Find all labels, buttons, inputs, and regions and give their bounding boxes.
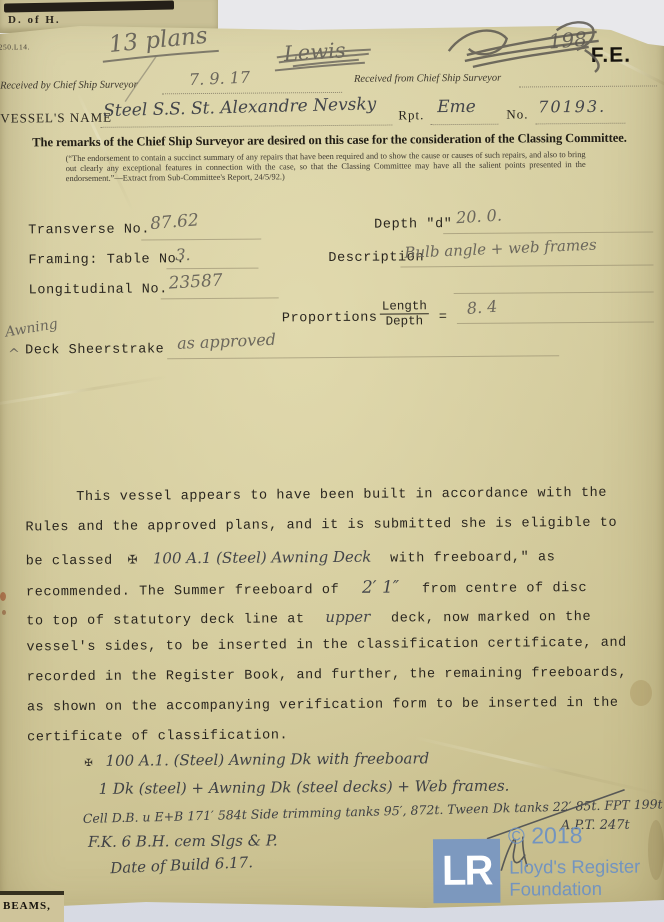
longitudinal-label: Longitudinal No. — [29, 282, 168, 298]
bulkheads-note: F.K. 6 B.H. cem Slgs & P. — [88, 831, 278, 850]
insertion-caret: ^ — [8, 346, 20, 362]
endorsement-fine-print: (“The endorsement to contain a succinct … — [66, 150, 586, 184]
class-note-1: ✠ 100 A.1. (Steel) Awning Dk with freebo… — [84, 749, 429, 770]
page-content: 250.L14. 13 plans Lewis 198 F.E. Receive… — [0, 0, 664, 922]
body-line: certificate of classification. — [27, 728, 288, 745]
crossed-out-name: Lewis — [283, 38, 346, 66]
report-no-label: No. — [506, 106, 528, 122]
fragment-beams-text: BEAMS, — [3, 900, 51, 912]
depth-value: 20. 0. — [456, 205, 503, 227]
body-line: This vessel appears to have been built i… — [76, 486, 607, 505]
lr-logo-letters: LR — [442, 847, 492, 895]
transverse-value: 87.62 — [149, 210, 199, 234]
body-line: be classed ✠ 100 A.1 (Steel) Awning Deck… — [26, 546, 556, 569]
underline — [141, 239, 261, 241]
description-value: Bulb angle + web frames — [404, 236, 597, 262]
underline — [100, 124, 392, 128]
framing-value: 3. — [175, 245, 190, 264]
transverse-label: Transverse No. — [28, 222, 150, 238]
proportions-value: 8. 4 — [466, 297, 498, 318]
fraction-length: Length — [380, 299, 429, 314]
sheerstrake-value: as approved — [177, 330, 277, 353]
freeboard-value-handwritten: 2′ 1″ — [362, 577, 399, 597]
length-depth-fraction: Length Depth — [380, 299, 429, 328]
plans-count-annotation: 13 plans — [108, 23, 209, 58]
body-typed-segment: recommended. The Summer freeboard of — [26, 583, 339, 600]
received-from-label: Received from Chief Ship Surveyor — [354, 73, 501, 85]
received-by-date: 7. 9. 17 — [189, 68, 251, 90]
body-line: vessel's sides, to be inserted in the cl… — [26, 636, 626, 656]
note-text: 100 A.1. (Steel) Awning Dk with freeboar… — [105, 749, 429, 770]
vessel-name-label: VESSEL'S NAME — [0, 110, 112, 127]
date-of-build-note: Date of Build 6.17. — [110, 853, 253, 877]
body-line: recorded in the Register Book, and furth… — [27, 666, 627, 686]
scanned-document-viewport: D. of H. 250.L14. 13 plans Lewis 198 F.E… — [0, 0, 664, 922]
fe-classification-mark: F.E. — [591, 44, 631, 68]
deck-name-handwritten: upper — [325, 608, 370, 626]
watermark-org-name: Lloyd's Register — [509, 856, 640, 879]
underline — [457, 321, 654, 324]
remarks-heading: The remarks of the Chief Ship Surveyor a… — [5, 130, 653, 150]
underline — [519, 84, 657, 87]
sheerstrake-label: Deck Sheerstrake — [25, 342, 164, 358]
underline — [166, 268, 258, 270]
body-line: as shown on the accompanying verificatio… — [27, 696, 619, 716]
form-number: 250.L14. — [0, 42, 30, 51]
rpt-label: Rpt. — [398, 107, 424, 123]
underline — [443, 231, 653, 234]
body-typed-segment: to top of statutory deck line at — [26, 612, 305, 629]
fraction-depth: Depth — [380, 314, 429, 328]
maltese-cross-symbol: ✠ — [84, 758, 92, 769]
equals-sign: = — [439, 310, 448, 325]
body-typed-segment: with freeboard," as — [390, 550, 555, 566]
maltese-cross-symbol: ✠ — [127, 553, 138, 567]
watermark-org-name2: Foundation — [509, 878, 602, 901]
framing-label: Framing: Table No. — [28, 252, 185, 268]
rpt-value: Eme — [437, 97, 476, 117]
received-by-label: Received by Chief Ship Surveyor — [0, 80, 138, 92]
underline — [535, 122, 625, 125]
background-page-fragment-bottom: BEAMS, — [0, 891, 64, 922]
crossed-out-scribble: 198 — [548, 27, 588, 54]
underline — [161, 297, 279, 299]
watermark-copyright: © 2018 — [508, 822, 583, 850]
sheerstrake-insert-annotation: Awning — [4, 316, 59, 340]
report-no-value: 70193. — [538, 97, 606, 117]
body-line: recommended. The Summer freeboard of 2′ … — [26, 576, 587, 600]
body-typed-segment: deck, now marked on the — [391, 610, 591, 627]
body-line: Rules and the approved plans, and it is … — [25, 516, 617, 536]
lloyds-register-logo: LR — [433, 839, 501, 904]
underline — [430, 123, 498, 126]
proportions-label: Proportions — [282, 311, 378, 327]
class-notation-handwritten: 100 A.1 (Steel) Awning Deck — [153, 548, 372, 568]
underline — [162, 91, 342, 94]
class-note-2: 1 Dk (steel) + Awning Dk (steel decks) +… — [98, 777, 509, 798]
underline — [400, 264, 653, 267]
underline — [454, 291, 654, 294]
body-typed-segment: be classed — [26, 554, 113, 570]
longitudinal-value: 23587 — [168, 270, 223, 293]
body-typed-segment: from centre of disc — [422, 581, 587, 597]
depth-label: Depth "d" — [374, 217, 452, 233]
vessel-name-value: Steel S.S. St. Alexandre Nevsky — [103, 94, 377, 121]
underline — [167, 355, 559, 359]
body-line: to top of statutory deck line at upper d… — [26, 606, 591, 629]
